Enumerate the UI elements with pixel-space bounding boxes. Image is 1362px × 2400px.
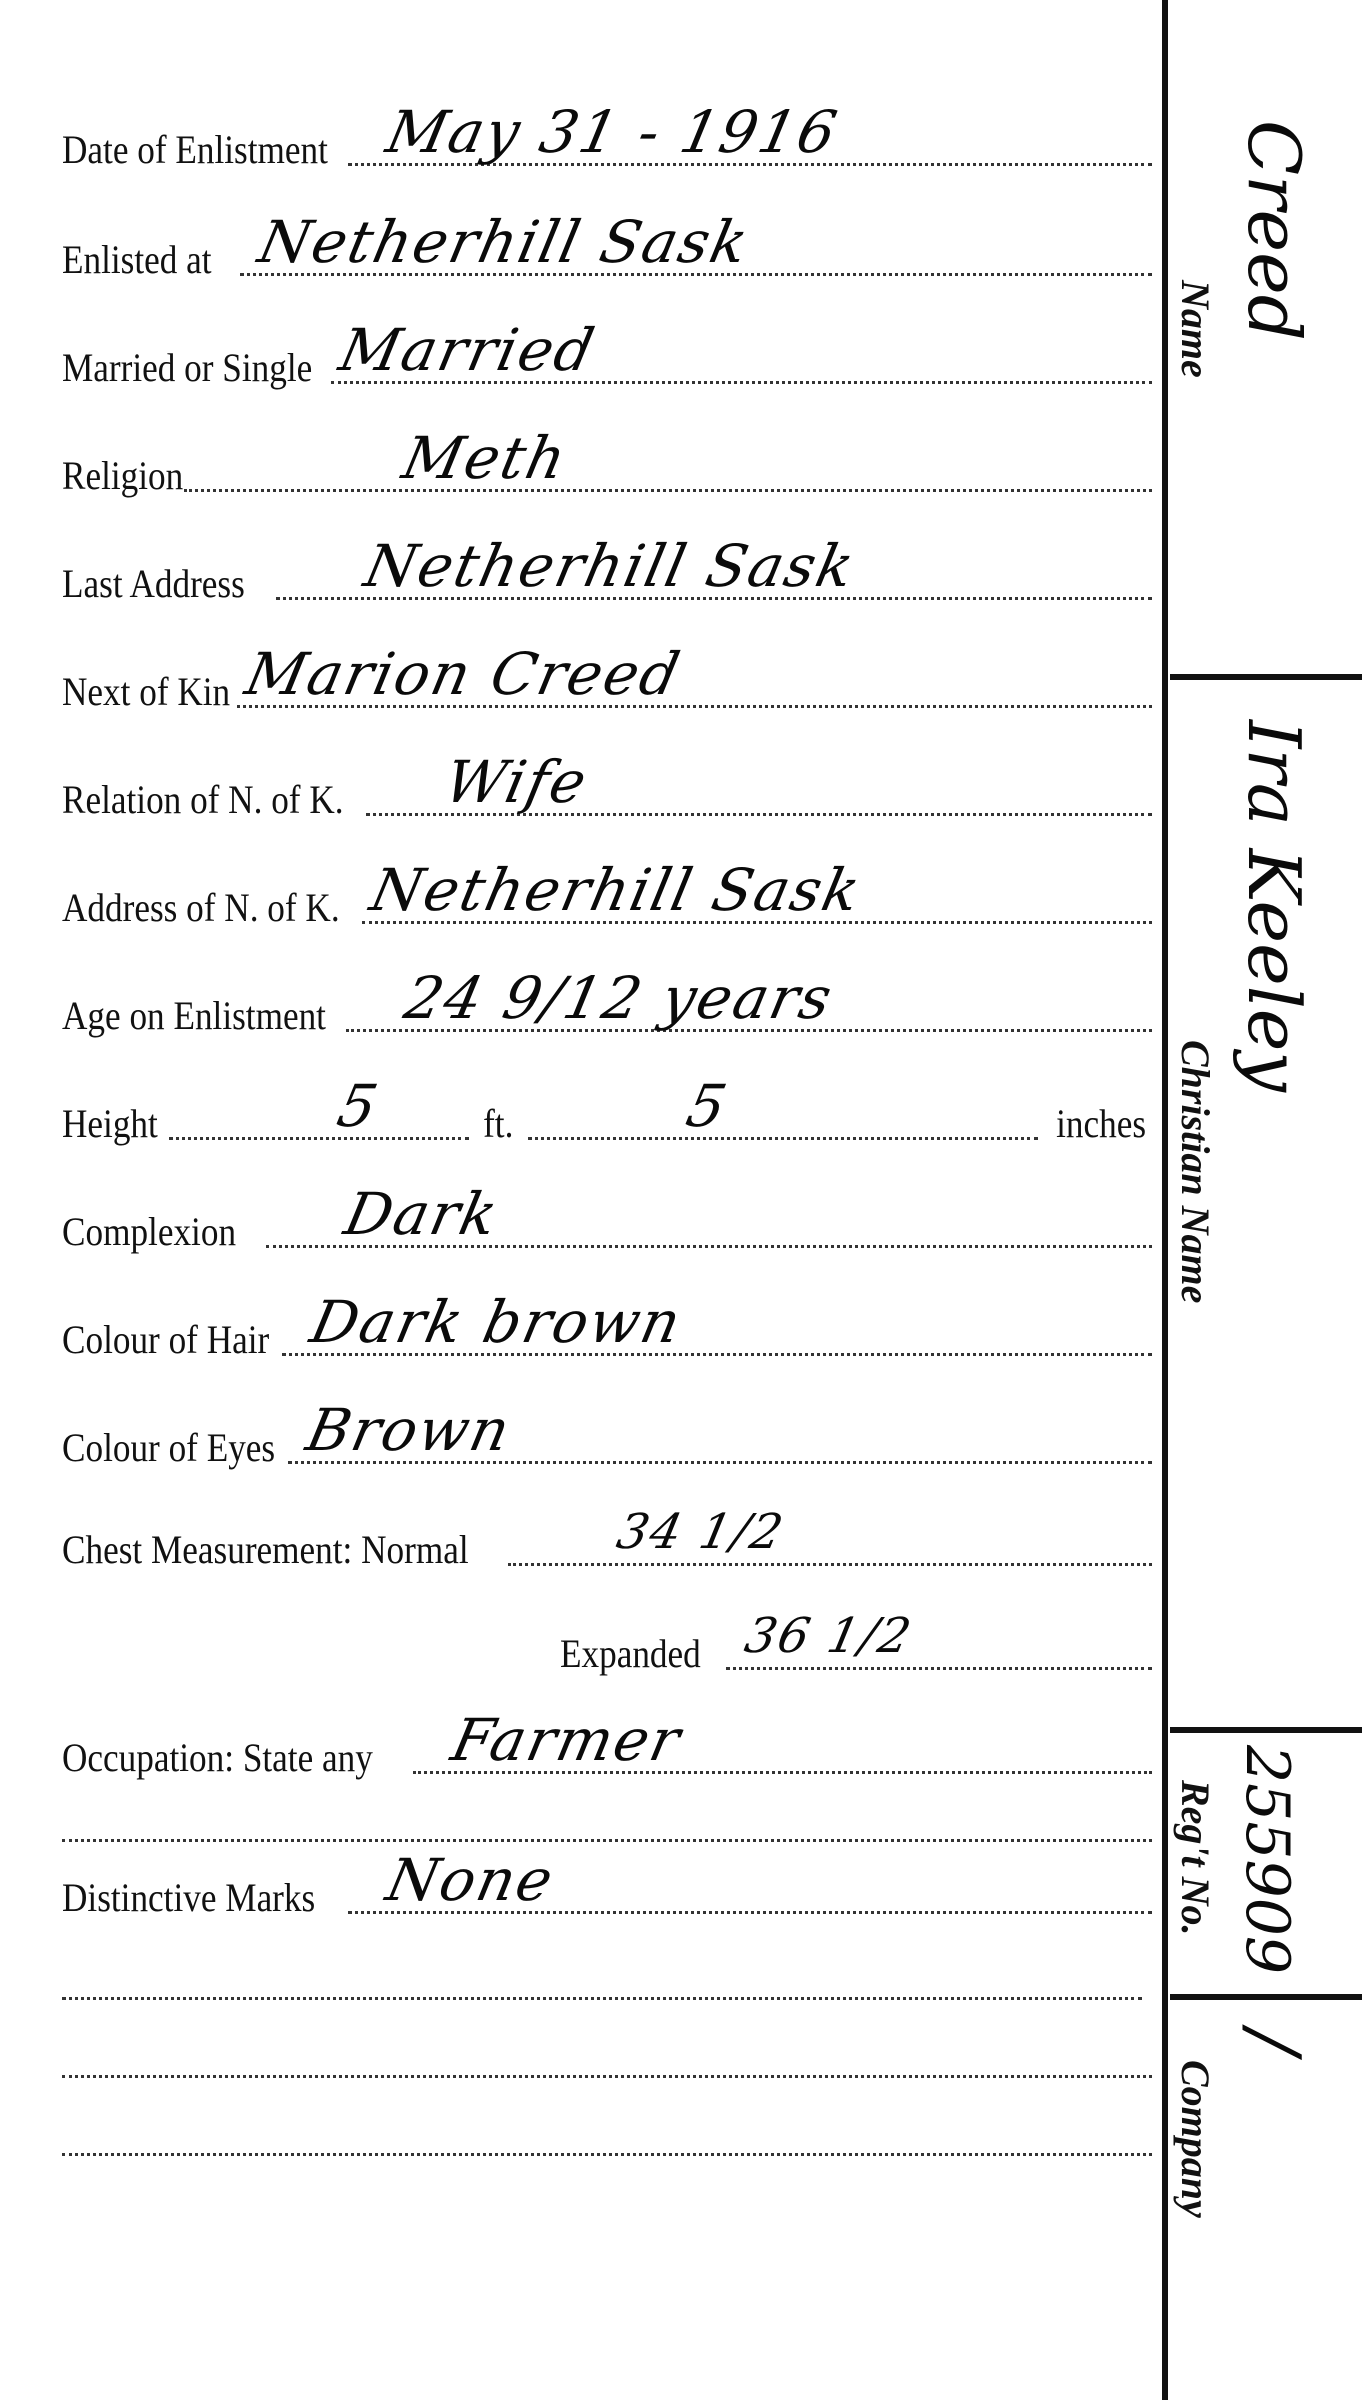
field-line: Brown — [288, 1421, 1152, 1464]
panel-divider — [1162, 0, 1168, 2400]
field-value: Marion Creed — [241, 645, 686, 703]
section-separator — [1170, 1994, 1362, 2000]
field-value: Dark — [340, 1185, 504, 1243]
field-distinctive-marks: Distinctive Marks None — [62, 1858, 1152, 1918]
inches-value: 5 — [681, 1077, 732, 1135]
field-value: Meth — [398, 429, 573, 487]
company-label: Company — [1172, 2060, 1219, 2218]
field-line: Netherhill Sask — [240, 233, 1152, 276]
field-value: Farmer — [447, 1711, 687, 1769]
field-label: Colour of Eyes — [62, 1428, 275, 1468]
field-value: Netherhill Sask — [360, 537, 861, 595]
field-value: 34 1/2 — [612, 1503, 790, 1561]
section-separator — [1170, 1727, 1362, 1733]
field-value: Netherhill Sask — [366, 861, 867, 919]
field-religion: Religion Meth — [62, 436, 1152, 496]
field-value: None — [382, 1851, 560, 1909]
field-label: Chest Measurement: Normal — [62, 1530, 469, 1570]
field-line: Netherhill Sask — [276, 557, 1152, 600]
regt-no-label: Reg't No. — [1172, 1780, 1219, 1936]
field-line: None — [348, 1871, 1152, 1914]
surname-value: Creed — [1232, 120, 1316, 341]
field-value: Dark brown — [306, 1293, 688, 1351]
feet-unit-label: ft. — [483, 1104, 513, 1144]
field-value: Wife — [440, 753, 593, 811]
field-line: 36 1/2 — [726, 1627, 1152, 1670]
regt-no-value: 255909 — [1232, 1745, 1302, 1974]
field-label: Complexion — [62, 1212, 236, 1252]
field-label: Distinctive Marks — [62, 1878, 315, 1918]
field-label: Occupation: State any — [62, 1738, 373, 1778]
field-value: Married — [334, 321, 600, 379]
field-complexion: Complexion Dark — [62, 1192, 1152, 1252]
occupation-extra-line — [62, 1836, 1152, 1842]
field-last-address: Last Address Netherhill Sask — [62, 544, 1152, 604]
field-label: Height — [62, 1104, 158, 1144]
field-label: Last Address — [62, 564, 245, 604]
field-label: Religion — [62, 456, 183, 496]
marks-extra-line-3 — [62, 2150, 1152, 2156]
field-enlisted-at: Enlisted at Netherhill Sask — [62, 220, 1152, 280]
company-value: / — [1232, 2030, 1316, 2054]
field-occupation: Occupation: State any Farmer — [62, 1718, 1152, 1778]
field-colour-of-eyes: Colour of Eyes Brown — [62, 1408, 1152, 1468]
field-value: 36 1/2 — [740, 1607, 918, 1665]
field-label: Address of N. of K. — [62, 888, 340, 928]
field-value: 24 9/12 years — [400, 969, 838, 1027]
field-line: Meth — [184, 449, 1152, 492]
field-label: Relation of N. of K. — [62, 780, 344, 820]
field-line: 24 9/12 years — [346, 989, 1152, 1032]
field-line: Married — [331, 341, 1152, 384]
field-line: Wife — [366, 773, 1152, 816]
field-line: Marion Creed — [237, 665, 1152, 708]
field-married-or-single: Married or Single Married — [62, 328, 1152, 388]
field-label: Next of Kin — [62, 672, 230, 712]
field-label: Colour of Hair — [62, 1320, 269, 1360]
marks-extra-line-2 — [62, 2072, 1152, 2078]
field-line: 34 1/2 — [508, 1523, 1152, 1566]
feet-value: 5 — [333, 1077, 384, 1135]
field-line: Netherhill Sask — [362, 881, 1152, 924]
name-label: Name — [1172, 280, 1219, 378]
field-date-of-enlistment: Date of Enlistment May 31 - 1916 — [62, 110, 1152, 170]
field-label: Enlisted at — [62, 240, 212, 280]
field-label: Married or Single — [62, 348, 312, 388]
field-colour-of-hair: Colour of Hair Dark brown — [62, 1300, 1152, 1360]
field-chest-normal: Chest Measurement: Normal 34 1/2 — [62, 1510, 1152, 1570]
christian-name-value: Ira Keeley — [1232, 720, 1316, 1092]
field-label: Age on Enlistment — [62, 996, 326, 1036]
field-label: Date of Enlistment — [62, 130, 328, 170]
field-relation-of-nok: Relation of N. of K. Wife — [62, 760, 1152, 820]
field-line: Farmer — [413, 1731, 1152, 1774]
field-value: May 31 - 1916 — [382, 103, 843, 161]
field-label: Expanded — [560, 1634, 701, 1674]
field-line: Dark — [266, 1205, 1152, 1248]
inches-unit-label: inches — [1056, 1104, 1146, 1144]
inches-line: 5 — [528, 1097, 1038, 1140]
field-line: May 31 - 1916 — [348, 123, 1152, 166]
marks-extra-line-1 — [62, 1994, 1142, 2000]
field-age-on-enlistment: Age on Enlistment 24 9/12 years — [62, 976, 1152, 1036]
field-value: Netherhill Sask — [254, 213, 755, 271]
section-separator — [1170, 674, 1362, 680]
feet-line: 5 — [169, 1097, 469, 1140]
field-address-of-nok: Address of N. of K. Netherhill Sask — [62, 868, 1152, 928]
attestation-form: Date of Enlistment May 31 - 1916 Enliste… — [0, 0, 1162, 2400]
field-line: Dark brown — [282, 1313, 1152, 1356]
field-height: Height 5 ft. 5 inches — [62, 1084, 1152, 1144]
field-chest-expanded: Expanded 36 1/2 — [560, 1614, 1152, 1674]
field-value: Brown — [302, 1401, 517, 1459]
christian-name-label: Christian Name — [1172, 1040, 1219, 1303]
field-next-of-kin: Next of Kin Marion Creed — [62, 652, 1152, 712]
